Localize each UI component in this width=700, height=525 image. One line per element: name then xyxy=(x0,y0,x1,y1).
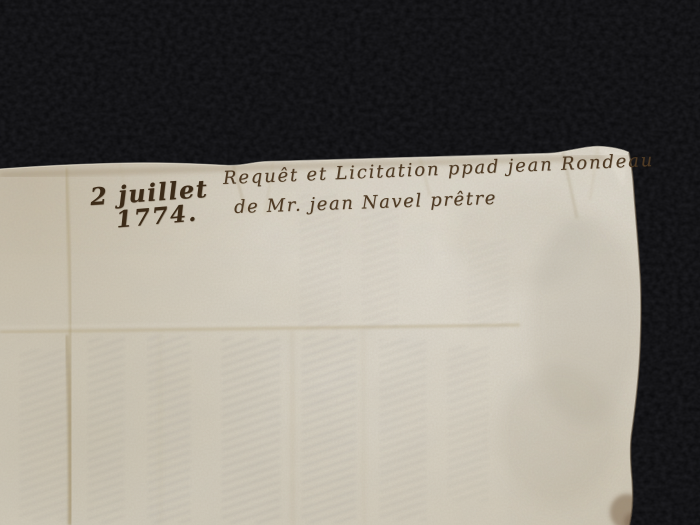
parchment-photo-graphic xyxy=(0,0,700,525)
photo-frame: 2 juillet 1774. Requêt et Licitation ppa… xyxy=(0,0,700,525)
